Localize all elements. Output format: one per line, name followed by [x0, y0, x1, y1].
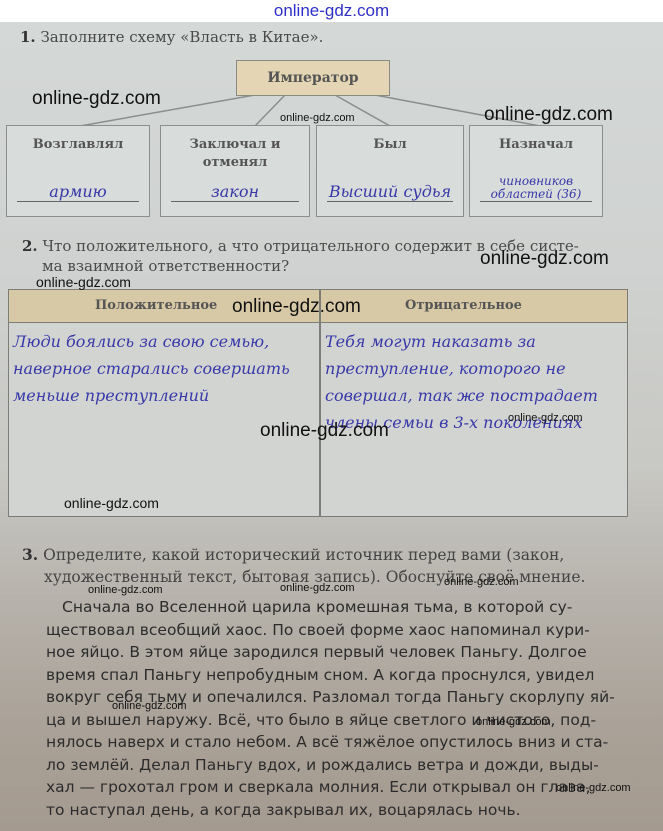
text-line: Сначала во Вселенной царила кромешная ть… — [46, 596, 646, 619]
answer-line: совершал, так же пострадает — [325, 382, 598, 409]
answer-line: Люди боялись за свою семью, — [13, 328, 290, 355]
column-divider — [319, 290, 321, 516]
box-answer: Высший судья — [327, 182, 453, 202]
task3-prompt-line1: Определите, какой исторический источник … — [43, 546, 564, 564]
answer-line: наверное старались совершать — [13, 355, 290, 382]
watermark: online-gdz.com — [232, 296, 361, 318]
watermark: online-gdz.com — [36, 274, 131, 290]
scheme-box-headed: Возглавлял армию — [6, 125, 150, 217]
text-line: время спал Паньгу непробудным сном. А ко… — [46, 664, 646, 687]
scheme-root-emperor: Император — [236, 60, 390, 96]
box-answer: армию — [17, 182, 139, 202]
task2-prompt-line2: ма взаимной ответственности? — [22, 257, 289, 275]
watermark: online-gdz.com — [484, 104, 613, 126]
column-header-positive: Положительное — [95, 298, 217, 313]
box-label: Был — [317, 136, 463, 154]
watermark: online-gdz.com — [556, 782, 631, 794]
task3-number: 3. — [22, 545, 38, 564]
box-answer: чиновников областей (36) — [480, 175, 592, 202]
watermark: online-gdz.com — [480, 248, 609, 270]
task2-number: 2. — [22, 237, 38, 255]
text-line: то наступал день, а когда закрывал их, в… — [46, 799, 646, 822]
box-label: Заключал и отменял — [180, 136, 290, 172]
answer-line: преступление, которого не — [325, 355, 598, 382]
box-label: Возглавлял — [7, 136, 149, 154]
scheme-box-was: Был Высший судья — [316, 125, 464, 217]
watermark: online-gdz.com — [32, 88, 161, 110]
watermark: online-gdz.com — [112, 700, 187, 712]
positive-answer: Люди боялись за свою семью, наверное ста… — [13, 328, 290, 409]
text-line: ло землёй. Делал Паньгу вдох, и рождалис… — [46, 754, 646, 777]
box-answer: закон — [171, 182, 299, 202]
scheme-box-laws: Заключал и отменял закон — [160, 125, 310, 217]
watermark: online-gdz.com — [444, 576, 519, 588]
scheme-box-appointed: Назначал чиновников областей (36) — [469, 125, 603, 217]
responsibility-table: Положительное Отрицательное Люди боялись… — [8, 289, 628, 517]
watermark: online-gdz.com — [476, 716, 551, 728]
watermark: online-gdz.com — [64, 495, 159, 511]
column-header-negative: Отрицательное — [405, 298, 522, 313]
text-line: ное яйцо. В этом яйце зародился первый ч… — [46, 641, 646, 664]
watermark: online-gdz.com — [280, 582, 355, 594]
watermark: online-gdz.com — [280, 112, 355, 124]
text-line: нялось наверх и стало небом. А всё тяжёл… — [46, 731, 646, 754]
text-line: ществовал всеобщий хаос. По своей форме … — [46, 619, 646, 642]
watermark: online-gdz.com — [508, 412, 583, 424]
answer-line: меньше преступлений — [13, 382, 290, 409]
watermark: online-gdz.com — [88, 584, 163, 596]
box-label: Назначал — [470, 136, 602, 154]
watermark: online-gdz.com — [260, 420, 389, 442]
answer-line: Тебя могут наказать за — [325, 328, 598, 355]
